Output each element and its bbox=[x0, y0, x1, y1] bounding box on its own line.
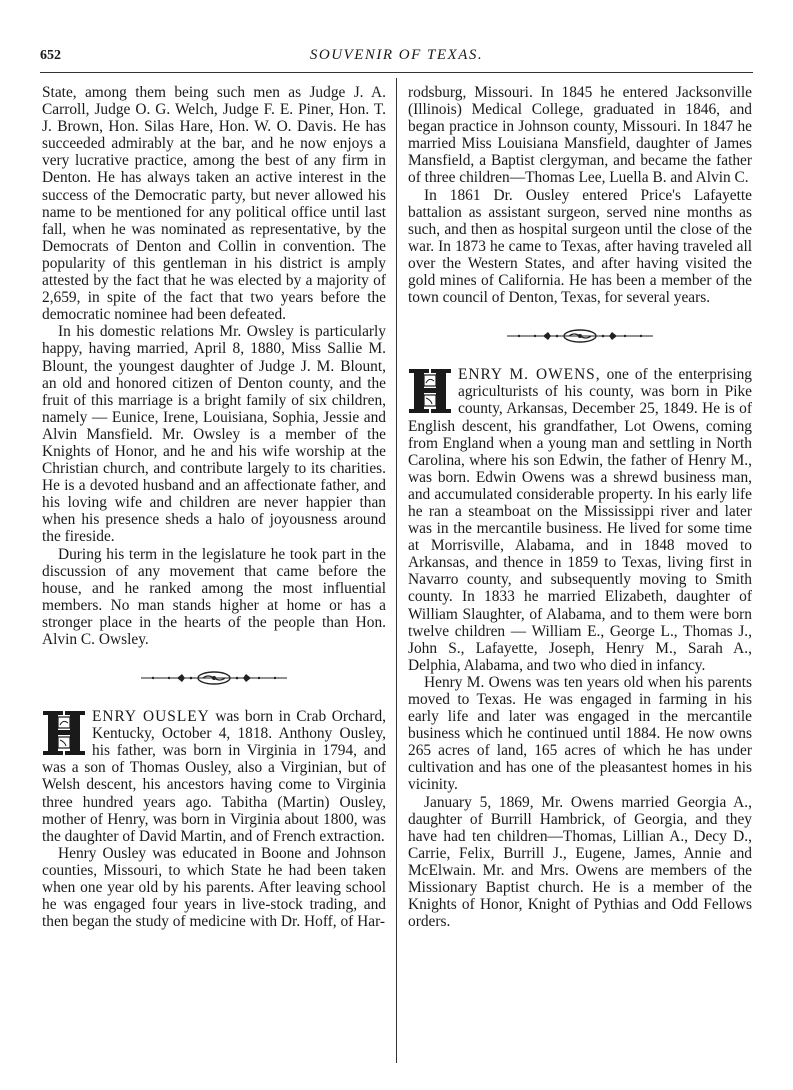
paragraph: January 5, 1869, Mr. Owens married Georg… bbox=[408, 794, 752, 931]
header-rule bbox=[40, 72, 753, 73]
biography-henry-ousley: ENRY OUSLEY was born in Crab Orchard, Ke… bbox=[42, 708, 386, 845]
paragraph: In his domestic relations Mr. Owsley is … bbox=[42, 323, 386, 545]
lead-name: ENRY OUSLEY bbox=[92, 708, 210, 725]
left-column: State, among them being such men as Judg… bbox=[42, 84, 386, 930]
right-column: rodsburg, Missouri. In 1845 he entered J… bbox=[408, 84, 752, 930]
paragraph: During his term in the legislature he to… bbox=[42, 546, 386, 649]
decorative-initial-h-icon bbox=[42, 710, 86, 756]
decorative-initial-h-icon bbox=[408, 368, 452, 414]
paragraph-text: was born in Crab Orchard, Kentucky, Octo… bbox=[42, 708, 386, 845]
paragraph: Henry M. Owens was ten years old when hi… bbox=[408, 674, 752, 794]
biography-henry-m-owens: ENRY M. OWENS, one of the enterprising a… bbox=[408, 366, 752, 674]
paragraph: State, among them being such men as Judg… bbox=[42, 84, 386, 323]
lead-name: ENRY M. OWENS, bbox=[458, 366, 601, 383]
paragraph: Henry Ousley was educated in Boone and J… bbox=[42, 845, 386, 930]
scroll-ornament-icon bbox=[42, 648, 386, 708]
column-divider bbox=[396, 78, 397, 1063]
paragraph: rodsburg, Missouri. In 1845 he entered J… bbox=[408, 84, 752, 187]
scroll-ornament-icon bbox=[408, 306, 752, 366]
paragraph-text: one of the enterprising agriculturists o… bbox=[408, 366, 752, 674]
paragraph: In 1861 Dr. Ousley entered Price's Lafay… bbox=[408, 187, 752, 307]
running-title: SOUVENIR OF TEXAS. bbox=[0, 47, 793, 64]
